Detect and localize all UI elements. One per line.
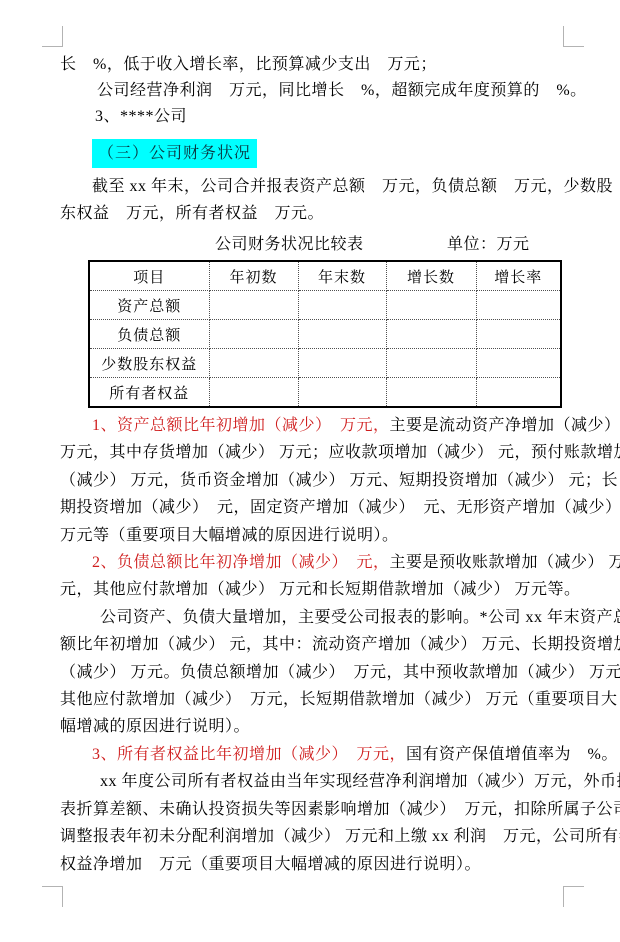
table-cell-empty [476, 320, 561, 349]
text-line: 元，其他应付款增加（减少） 万元和长短期借款增加（减少） 万元等。 [60, 576, 566, 603]
body-text: （减少） 万元，货币资金增加（减少） 万元、短期投资增加（减少） 元；长 [60, 472, 618, 489]
table-row: 所有者权益 [89, 378, 561, 408]
table-header-row: 项目年初数年末数增长数增长率 [89, 261, 561, 291]
corner-mark-top-right [563, 26, 584, 47]
body-text: 期投资增加（减少） 元，固定资产增加（减少） 元、无形资产增加（减少） [60, 499, 620, 516]
table-row-label: 少数股东权益 [89, 349, 209, 378]
document-page: 长 %，低于收入增长率，比预算减少支出 万元；公司经营净利润 万元，同比增长 %… [0, 0, 620, 942]
text-line: 调整报表年初未分配利润增加（减少） 万元和上缴 xx 利润 万元，公司所有者 [60, 823, 566, 850]
table-row-label: 资产总额 [89, 291, 209, 320]
financial-comparison-table: 项目年初数年末数增长数增长率 资产总额负债总额少数股东权益所有者权益 [88, 260, 562, 408]
text-line: 期投资增加（减少） 元，固定资产增加（减少） 元、无形资产增加（减少） [60, 494, 566, 521]
body-text: 权益净增加 万元（重要项目大幅增减的原因进行说明）。 [60, 856, 481, 873]
text-line: 额比年初增加（减少） 元，其中：流动资产增加（减少） 万元、长期投资增加 [60, 631, 566, 658]
text-line: 截至 xx 年末，公司合并报表资产总额 万元，负债总额 万元，少数股 [60, 173, 566, 200]
table-row-label: 所有者权益 [89, 378, 209, 408]
body-text: 主要是预收账款增加（减少） 万 [390, 554, 620, 571]
body-text: 截至 xx 年末，公司合并报表资产总额 万元，负债总额 万元，少数股 [92, 178, 613, 195]
corner-mark-bottom-right [563, 886, 584, 907]
table-cell-empty [298, 291, 386, 320]
red-emphasis-text: 3、所有者权益比年初增加（减少） 万元， [92, 746, 406, 763]
body-text: 其他应付款增加（减少） 万元，长短期借款增加（减少） 万元（重要项目大 [60, 691, 618, 708]
analysis-paragraphs: 1、资产总额比年初增加（减少） 万元，主要是流动资产净增加（减少）万元，其中存货… [60, 412, 566, 878]
body-text: 幅增减的原因进行说明）。 [60, 718, 250, 735]
body-text: 调整报表年初未分配利润增加（减少） 万元和上缴 xx 利润 万元，公司所有者 [60, 828, 620, 845]
table-row: 少数股东权益 [89, 349, 561, 378]
table-header-cell: 增长率 [476, 261, 561, 291]
table-cell-empty [298, 320, 386, 349]
table-header-cell: 年初数 [209, 261, 298, 291]
text-line: 其他应付款增加（减少） 万元，长短期借款增加（减少） 万元（重要项目大 [60, 686, 566, 713]
table-cell-empty [298, 349, 386, 378]
table-row-label: 负债总额 [89, 320, 209, 349]
body-text: （减少） 万元。负债总额增加（减少） 万元，其中预收款增加（减少） 万元， [60, 664, 620, 681]
text-line: 权益净增加 万元（重要项目大幅增减的原因进行说明）。 [60, 851, 566, 878]
table-cell-empty [209, 378, 298, 408]
table-row: 负债总额 [89, 320, 561, 349]
section-heading: （三）公司财务状况 [92, 139, 257, 168]
text-line: （减少） 万元，货币资金增加（减少） 万元、短期投资增加（减少） 元；长 [60, 467, 566, 494]
body-text: 公司资产、负债大量增加，主要受公司报表的影响。*公司 xx 年末资产总 [100, 609, 620, 626]
text-line: 2、负债总额比年初净增加（减少） 元，主要是预收账款增加（减少） 万 [60, 549, 566, 576]
body-text: 公司经营净利润 万元，同比增长 %，超额完成年度预算的 %。 [97, 82, 587, 99]
table-header-cell: 年末数 [298, 261, 386, 291]
body-text: 主要是流动资产净增加（减少） [390, 417, 620, 434]
body-text: 东权益 万元，所有者权益 万元。 [60, 205, 324, 222]
text-line: 万元，其中存货增加（减少） 万元；应收款项增加（减少） 元，预付账款增加 [60, 439, 566, 466]
text-line: 长 %，低于收入增长率，比预算减少支出 万元； [60, 52, 566, 78]
body-text: 万元等（重要项目大幅增减的原因进行说明）。 [60, 527, 399, 544]
body-text: 额比年初增加（减少） 元，其中：流动资产增加（减少） 万元、长期投资增加 [60, 636, 620, 653]
table-cell-empty [476, 349, 561, 378]
red-emphasis-text: 1、资产总额比年初增加（减少） 万元， [92, 417, 390, 434]
section-heading-text: （三）公司财务状况 [92, 139, 257, 168]
table-cell-empty [298, 378, 386, 408]
table-header-cell: 项目 [89, 261, 209, 291]
text-line: 1、资产总额比年初增加（减少） 万元，主要是流动资产净增加（减少） [60, 412, 566, 439]
table-header-cell: 增长数 [386, 261, 476, 291]
body-text: 表折算差额、未确认投资损失等因素影响增加（减少） 万元，扣除所属子公司 [60, 801, 620, 818]
table-caption: 公司财务状况比较表 [215, 231, 364, 254]
body-text: 国有资产保值增值率为 %。 [406, 746, 618, 763]
body-text: xx 年度公司所有者权益由当年实现经营净利润增加（减少）万元，外币报 [100, 773, 620, 790]
text-line: xx 年度公司所有者权益由当年实现经营净利润增加（减少）万元，外币报 [60, 768, 566, 795]
red-emphasis-text: 2、负债总额比年初净增加（减少） 元， [92, 554, 390, 571]
table-cell-empty [386, 291, 476, 320]
text-line: 万元等（重要项目大幅增减的原因进行说明）。 [60, 522, 566, 549]
table-cell-empty [209, 349, 298, 378]
body-text: 元，其他应付款增加（减少） 万元和长短期借款增加（减少） 万元等。 [60, 581, 581, 598]
table-cell-empty [386, 349, 476, 378]
corner-mark-bottom-left [42, 886, 63, 907]
text-line: 公司资产、负债大量增加，主要受公司报表的影响。*公司 xx 年末资产总 [60, 604, 566, 631]
body-text: 万元，其中存货增加（减少） 万元；应收款项增加（减少） 元，预付账款增加 [60, 444, 620, 461]
table-unit-label: 单位：万元 [447, 231, 530, 254]
overview-paragraph: 截至 xx 年末，公司合并报表资产总额 万元，负债总额 万元，少数股东权益 万元… [60, 173, 566, 227]
body-text: 3、****公司 [95, 108, 187, 125]
text-line: 幅增减的原因进行说明）。 [60, 713, 566, 740]
text-line: 表折算差额、未确认投资损失等因素影响增加（减少） 万元，扣除所属子公司 [60, 796, 566, 823]
table-cell-empty [209, 291, 298, 320]
table-cell-empty [476, 378, 561, 408]
intro-paragraph: 长 %，低于收入增长率，比预算减少支出 万元；公司经营净利润 万元，同比增长 %… [60, 52, 566, 130]
table-cell-empty [386, 320, 476, 349]
text-line: 3、所有者权益比年初增加（减少） 万元，国有资产保值增值率为 %。 [60, 741, 566, 768]
text-line: 3、****公司 [60, 104, 566, 130]
table-cell-empty [209, 320, 298, 349]
text-line: 公司经营净利润 万元，同比增长 %，超额完成年度预算的 %。 [60, 78, 566, 104]
text-line: （减少） 万元。负债总额增加（减少） 万元，其中预收款增加（减少） 万元， [60, 659, 566, 686]
table-cell-empty [476, 291, 561, 320]
text-line: 东权益 万元，所有者权益 万元。 [60, 200, 566, 227]
table-cell-empty [386, 378, 476, 408]
body-text: 长 %，低于收入增长率，比预算减少支出 万元； [60, 56, 437, 73]
corner-mark-top-left [42, 26, 63, 47]
table-row: 资产总额 [89, 291, 561, 320]
